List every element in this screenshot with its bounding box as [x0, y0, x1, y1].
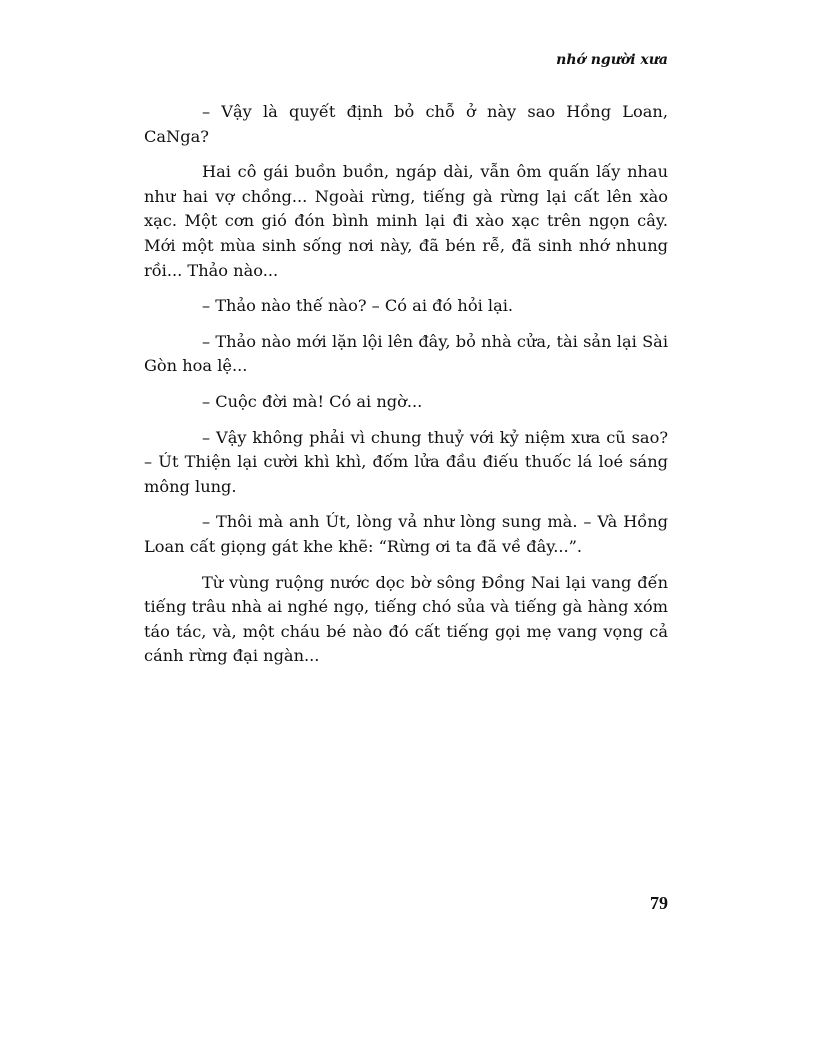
- paragraph: – Cuộc đời mà! Có ai ngờ...: [144, 390, 668, 415]
- paragraph: – Vậy không phải vì chung thuỷ với kỷ ni…: [144, 426, 668, 500]
- paragraph: Từ vùng ruộng nước dọc bờ sông Đồng Nai …: [144, 571, 668, 669]
- paragraph: – Thảo nào mới lặn lội lên đây, bỏ nhà c…: [144, 330, 668, 379]
- paragraph: – Vậy là quyết định bỏ chỗ ở này sao Hồn…: [144, 100, 668, 149]
- page-number: 79: [650, 893, 668, 914]
- paragraph: – Thảo nào thế nào? – Có ai đó hỏi lại.: [144, 294, 668, 319]
- paragraph: – Thôi mà anh Út, lòng vả như lòng sung …: [144, 510, 668, 559]
- body-text: – Vậy là quyết định bỏ chỗ ở này sao Hồn…: [144, 100, 668, 680]
- running-header-title: nhớ người xưa: [556, 52, 668, 68]
- book-page: nhớ người xưa – Vậy là quyết định bỏ chỗ…: [0, 0, 816, 1056]
- paragraph: Hai cô gái buồn buồn, ngáp dài, vẫn ôm q…: [144, 160, 668, 283]
